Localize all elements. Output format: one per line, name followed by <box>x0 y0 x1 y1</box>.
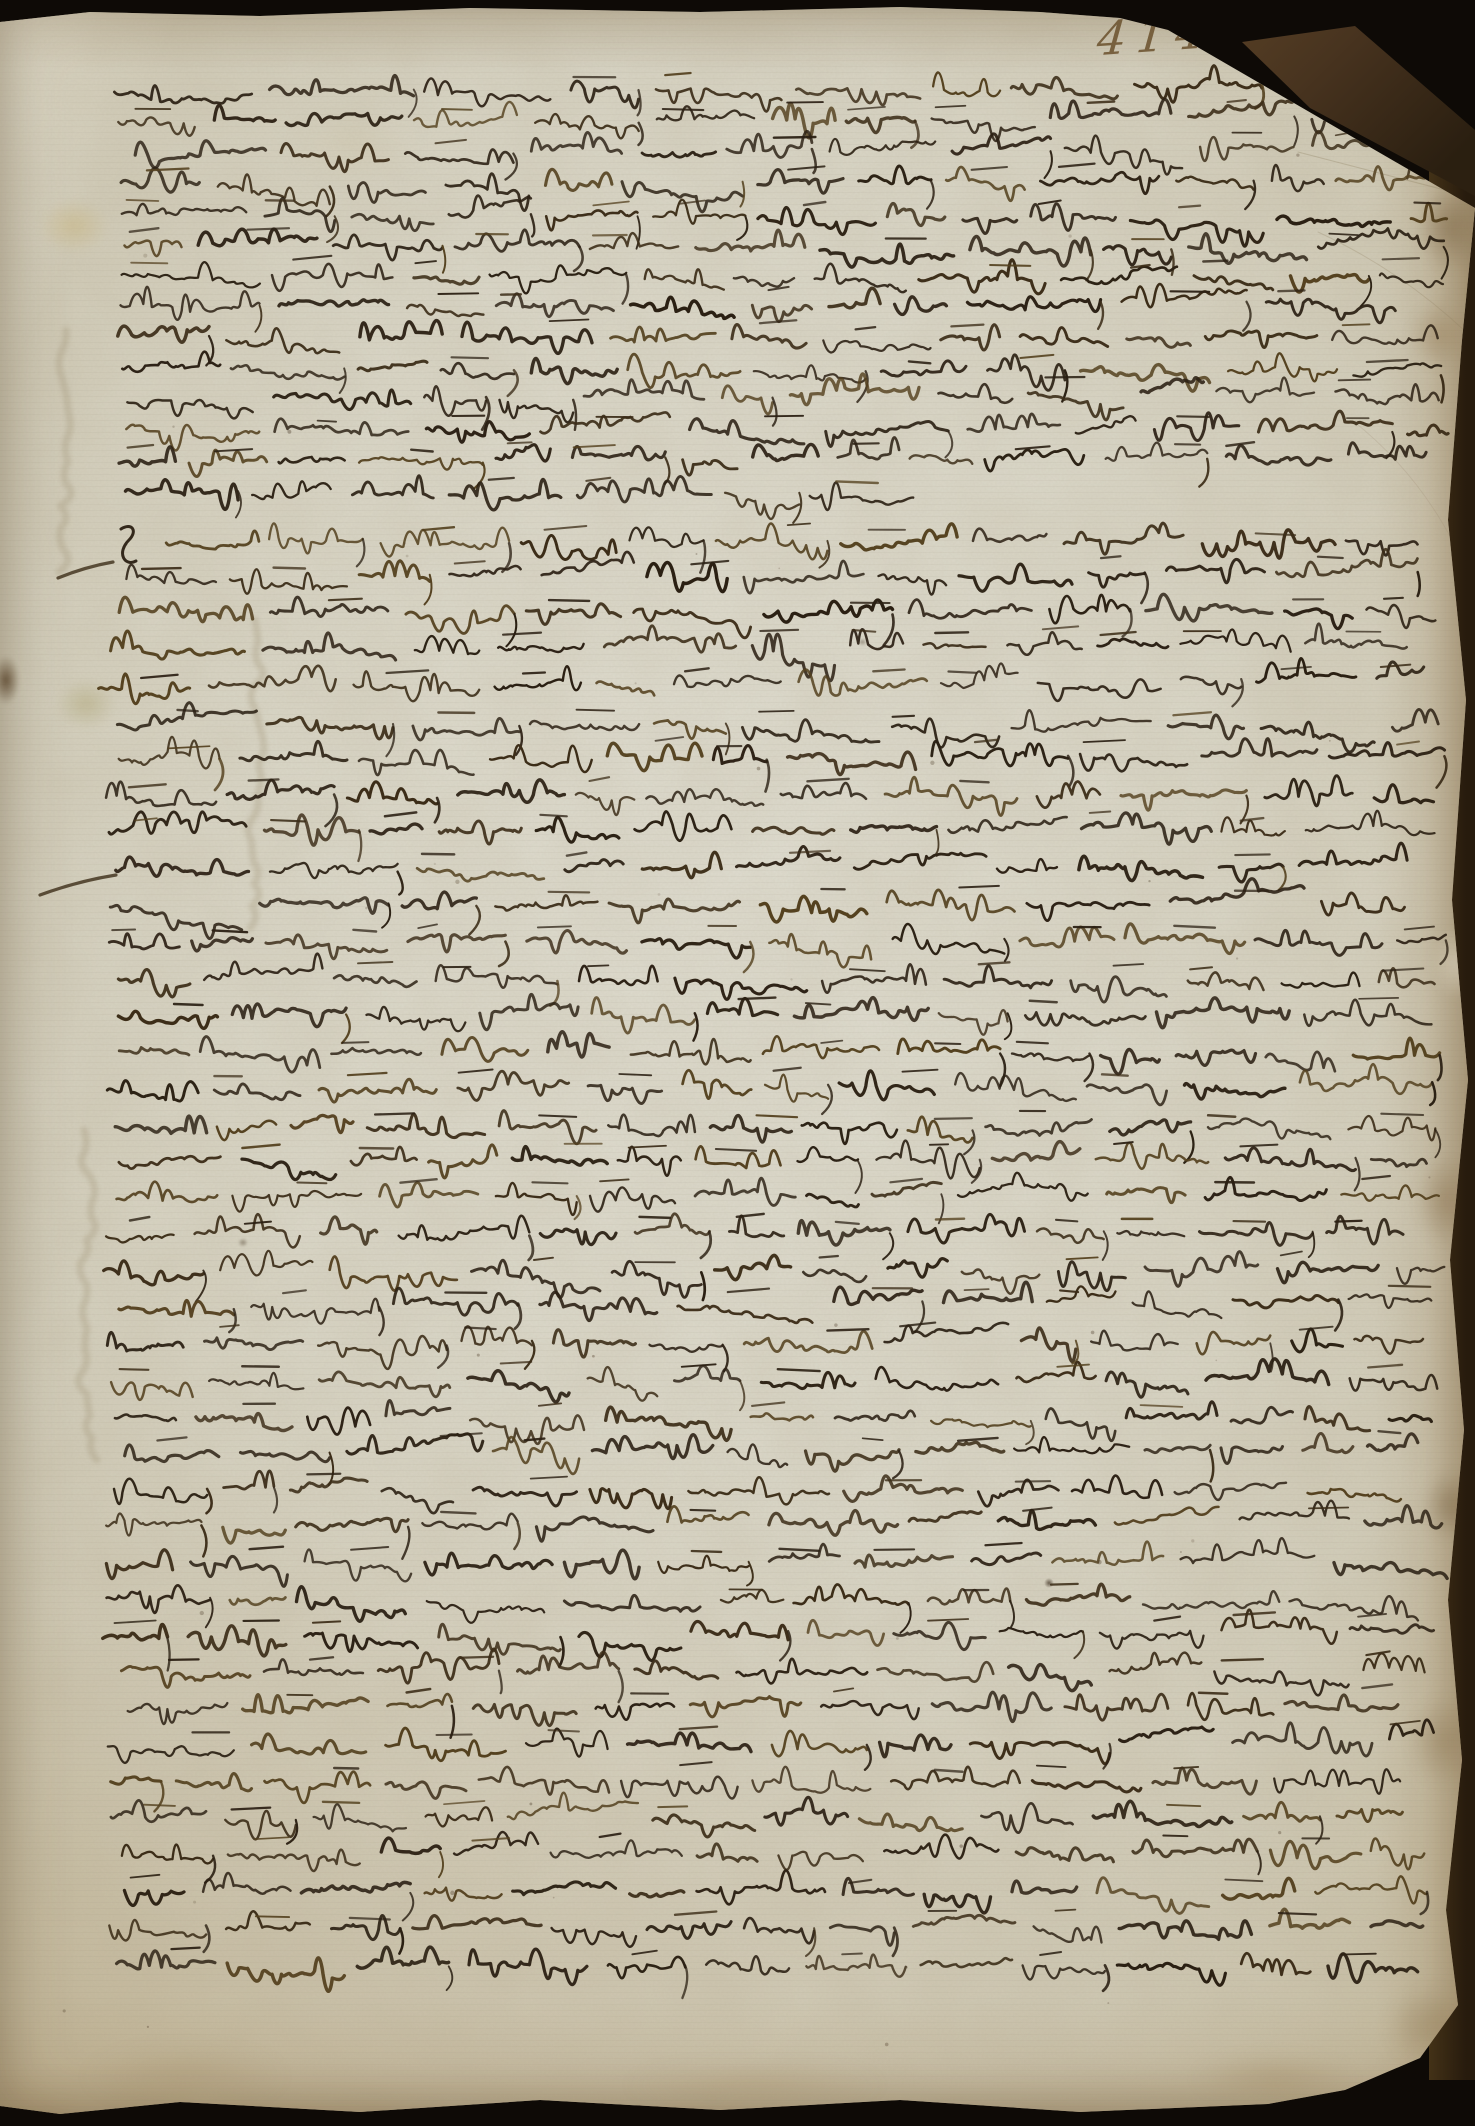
ink-stroke <box>438 293 478 294</box>
ink-stroke <box>1343 324 1370 325</box>
ink-stroke <box>297 1183 326 1184</box>
ink-stroke <box>1235 854 1269 855</box>
foxing-speck <box>834 1323 837 1326</box>
ink-stroke <box>1222 1659 1263 1660</box>
foxing-speck <box>757 767 761 771</box>
foxing-speck <box>172 426 174 428</box>
ink-stroke <box>1389 1286 1431 1287</box>
ink-stroke <box>353 930 376 932</box>
foxing-speck <box>434 863 436 865</box>
foxing-speck <box>1428 1176 1430 1178</box>
ink-stroke <box>437 1735 472 1736</box>
foxing-speck <box>696 553 698 555</box>
ink-stroke <box>739 998 776 1000</box>
ink-stroke <box>360 1148 393 1149</box>
ink-stroke <box>774 137 816 138</box>
ink-stroke <box>323 1802 359 1803</box>
ink-stroke <box>1203 261 1227 262</box>
foxing-speck <box>983 1912 985 1914</box>
ink-stroke <box>178 710 198 711</box>
ink-stroke <box>538 926 571 927</box>
ink-stroke <box>540 815 566 817</box>
ink-stroke <box>532 1182 567 1183</box>
ink-stroke <box>144 1805 175 1806</box>
ink-stroke <box>549 892 590 893</box>
ink-stroke <box>765 416 803 417</box>
foxing-speck <box>1296 153 1299 156</box>
ink-stroke <box>836 481 878 483</box>
foxing-speck <box>1215 1360 1217 1362</box>
foxing-speck <box>1148 880 1150 882</box>
ink-stroke <box>854 443 879 444</box>
ink-stroke <box>549 600 589 601</box>
foxing-speck <box>63 2009 66 2012</box>
ink-stroke <box>1088 102 1115 103</box>
foxing-speck <box>905 1966 907 1968</box>
ink-stroke <box>343 1042 369 1043</box>
foxing-speck <box>553 1897 555 1899</box>
foxing-speck <box>1091 1331 1095 1335</box>
foxing-speck <box>477 1354 480 1357</box>
foxing-speck <box>1225 1088 1228 1091</box>
ink-stroke <box>692 1551 721 1552</box>
ink-stroke <box>893 716 914 717</box>
foxing-speck <box>455 880 459 884</box>
ink-stroke <box>965 1289 989 1290</box>
ink-stroke <box>523 673 545 674</box>
ink-stroke <box>329 599 362 601</box>
ink-stroke <box>640 1217 671 1218</box>
foxing-speck <box>896 1637 899 1640</box>
foxing-speck <box>1329 740 1331 742</box>
foxing-speck <box>365 907 367 909</box>
ink-stroke <box>759 711 794 712</box>
ink-stroke <box>1383 258 1419 259</box>
ink-stroke <box>142 568 181 569</box>
ink-stroke <box>549 1730 579 1731</box>
ink-stroke <box>422 854 454 855</box>
foxing-speck <box>959 1844 963 1848</box>
foxing-speck <box>200 1611 204 1615</box>
foxing-speck <box>1107 2002 1109 2004</box>
ink-stroke <box>935 632 968 633</box>
ink-stroke <box>936 1219 964 1220</box>
ink-stroke <box>1016 1481 1050 1482</box>
foxing-speck <box>1236 957 1238 959</box>
foxing-speck <box>147 2026 149 2028</box>
folio-number: 414 <box>1074 2 1238 68</box>
ink-stroke <box>169 1659 199 1660</box>
ink-stroke <box>930 1144 948 1145</box>
ink-stroke <box>1318 557 1343 558</box>
ink-stroke <box>1234 1221 1266 1222</box>
foxing-speck <box>1191 1539 1194 1542</box>
ink-stroke <box>1051 1584 1078 1585</box>
ink-stroke <box>1102 1074 1128 1075</box>
ink-stroke <box>334 1768 358 1769</box>
ink-stroke <box>1177 416 1209 417</box>
ink-stroke <box>949 672 977 673</box>
paper-grain <box>0 0 1475 2126</box>
foxing-speck <box>287 430 291 434</box>
ink-stroke <box>120 1369 149 1370</box>
ink-stroke <box>1339 380 1371 381</box>
ink-stroke <box>935 1118 972 1119</box>
ink-stroke <box>588 965 608 966</box>
ink-stroke <box>658 1806 687 1807</box>
ink-stroke <box>577 710 615 711</box>
foxing-speck <box>885 2043 889 2047</box>
ink-stroke <box>1163 1836 1187 1837</box>
ink-stroke <box>174 1004 203 1005</box>
ink-stroke <box>760 630 798 631</box>
ink-stroke <box>1341 1954 1375 1955</box>
ink-stroke <box>1171 291 1210 292</box>
ink-stroke <box>274 568 305 569</box>
ink-stroke <box>663 109 704 110</box>
ink-stroke <box>691 1510 716 1511</box>
ink-stroke <box>960 781 988 782</box>
foxing-speck <box>529 1802 532 1805</box>
ink-stroke <box>375 1113 414 1114</box>
foxing-speck <box>778 568 780 570</box>
ink-stroke <box>249 779 279 780</box>
foxing-speck <box>658 893 661 896</box>
ink-stroke <box>1381 1114 1423 1115</box>
foxing-speck <box>790 978 792 980</box>
ink-stroke <box>461 1657 494 1658</box>
ink-stroke <box>131 263 167 264</box>
foxing-speck <box>143 254 147 258</box>
ink-stroke <box>619 1074 651 1075</box>
ink-stroke <box>171 1948 199 1950</box>
foxing-speck <box>635 682 637 684</box>
foxing-speck <box>984 1744 987 1747</box>
ink-stroke <box>842 1954 862 1955</box>
ink-stroke <box>1278 290 1304 291</box>
ink-stroke <box>271 820 305 821</box>
ink-stroke <box>112 930 135 931</box>
ink-stroke <box>874 1549 914 1550</box>
ink-stroke <box>307 1474 340 1475</box>
foxing-speck <box>1068 234 1071 237</box>
ink-stroke <box>127 200 159 201</box>
foxing-speck <box>592 1355 595 1358</box>
foxing-speck <box>404 542 406 544</box>
manuscript-page: 414 <box>0 0 1475 2126</box>
foxing-speck <box>193 1901 196 1904</box>
foxing-speck <box>450 1891 454 1895</box>
ink-stroke <box>787 102 823 103</box>
ink-stroke <box>990 265 1030 266</box>
ink-stroke <box>441 1512 475 1514</box>
ink-stroke <box>442 109 472 110</box>
ink-stroke <box>1030 1001 1057 1003</box>
ink-stroke <box>1309 1508 1348 1509</box>
ink-stroke <box>1055 1910 1075 1911</box>
ink-stroke <box>256 1916 289 1917</box>
ink-stroke <box>358 962 392 963</box>
ink-stroke <box>827 1329 868 1330</box>
foxing-speck <box>1180 1551 1182 1553</box>
ink-stroke <box>820 1256 838 1258</box>
foxing-speck <box>930 761 934 765</box>
foxing-speck <box>1097 1560 1102 1565</box>
foxing-speck <box>1278 1831 1281 1834</box>
ink-stroke <box>1199 1693 1227 1694</box>
ink-stroke <box>1384 598 1403 599</box>
manuscript-scan: 414 <box>0 0 1475 2126</box>
ink-stroke <box>508 442 532 443</box>
ink-stroke <box>1335 1221 1361 1222</box>
handwriting-layer <box>0 0 1475 2126</box>
ink-stroke <box>318 421 337 422</box>
foxing-speck <box>406 555 409 558</box>
ink-stroke <box>313 1621 340 1622</box>
ink-stroke <box>935 1043 960 1044</box>
ink-stroke <box>1359 998 1398 999</box>
ink-stroke <box>1414 203 1440 204</box>
ink-stroke <box>452 357 489 358</box>
foxing-speck <box>1251 1376 1254 1379</box>
ink-stroke <box>1208 1115 1235 1116</box>
ink-stroke <box>1279 1913 1316 1914</box>
